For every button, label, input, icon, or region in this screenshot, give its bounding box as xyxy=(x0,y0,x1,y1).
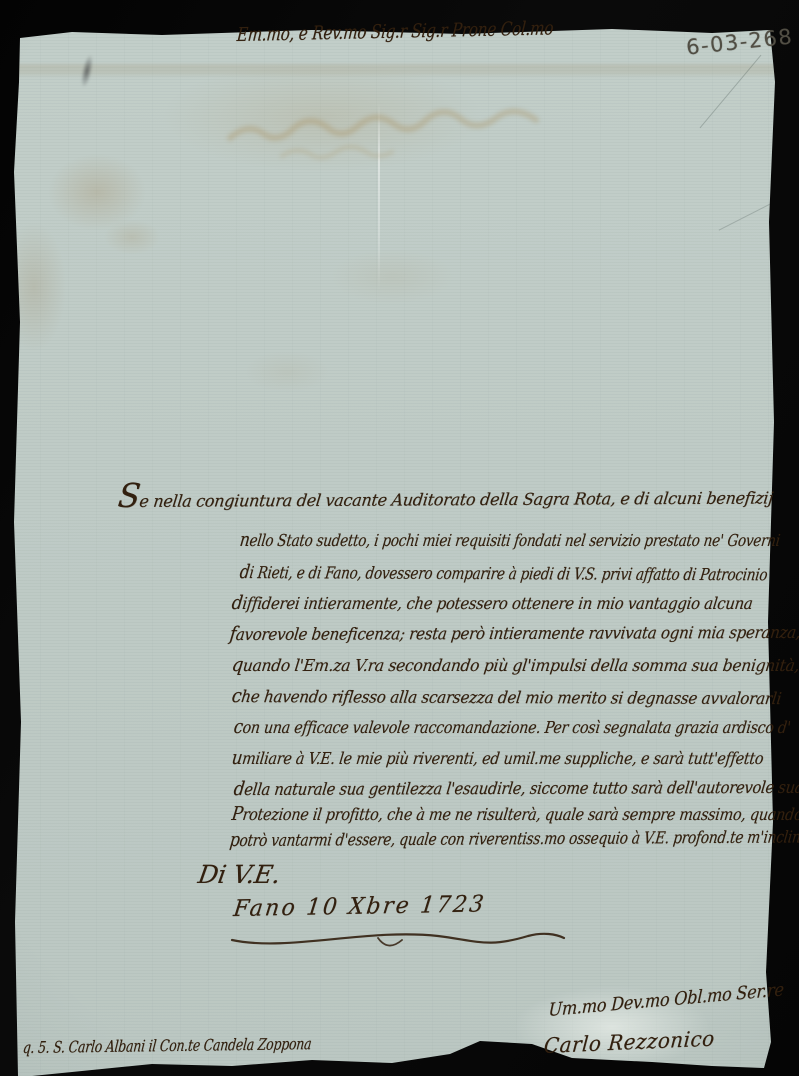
body-line: con una efficace valevole raccomandazion… xyxy=(232,713,792,742)
body-line: di Rieti, e di Fano, dovessero comparire… xyxy=(238,558,769,589)
corner-crease xyxy=(719,193,791,230)
corner-crease xyxy=(700,55,762,128)
manuscript-photo: Em.mo, e Rev.mo Sig.r Sig.r Prone Col.mo… xyxy=(0,0,799,1076)
body-line: potrò vantarmi d'essere, quale con river… xyxy=(228,822,799,855)
dateline: Fano 10 Xbre 1723 xyxy=(232,891,487,922)
body-line: diffiderei intieramente, che potessero o… xyxy=(230,589,754,618)
body-line: Se nella congiuntura del vacante Auditor… xyxy=(116,478,775,516)
body-line: quando l'Em.za V.ra secondando più gl'im… xyxy=(230,651,799,680)
body-line: umiliare à V.E. le mie più riverenti, ed… xyxy=(230,744,765,773)
body-line: favorevole beneficenza; resta però intie… xyxy=(228,618,799,649)
ink-bleedthrough xyxy=(222,100,562,170)
archivist-note: q. 5. S. Carlo Albani il Con.te Candela … xyxy=(22,1034,312,1057)
signature-flourish xyxy=(228,924,568,954)
valediction: Di V.E. xyxy=(196,860,282,889)
body-line: nello Stato sudetto, i pochi miei requis… xyxy=(238,526,782,555)
body-line: che havendo riflesso alla scarsezza del … xyxy=(230,682,783,713)
ink-smudge xyxy=(79,53,96,88)
